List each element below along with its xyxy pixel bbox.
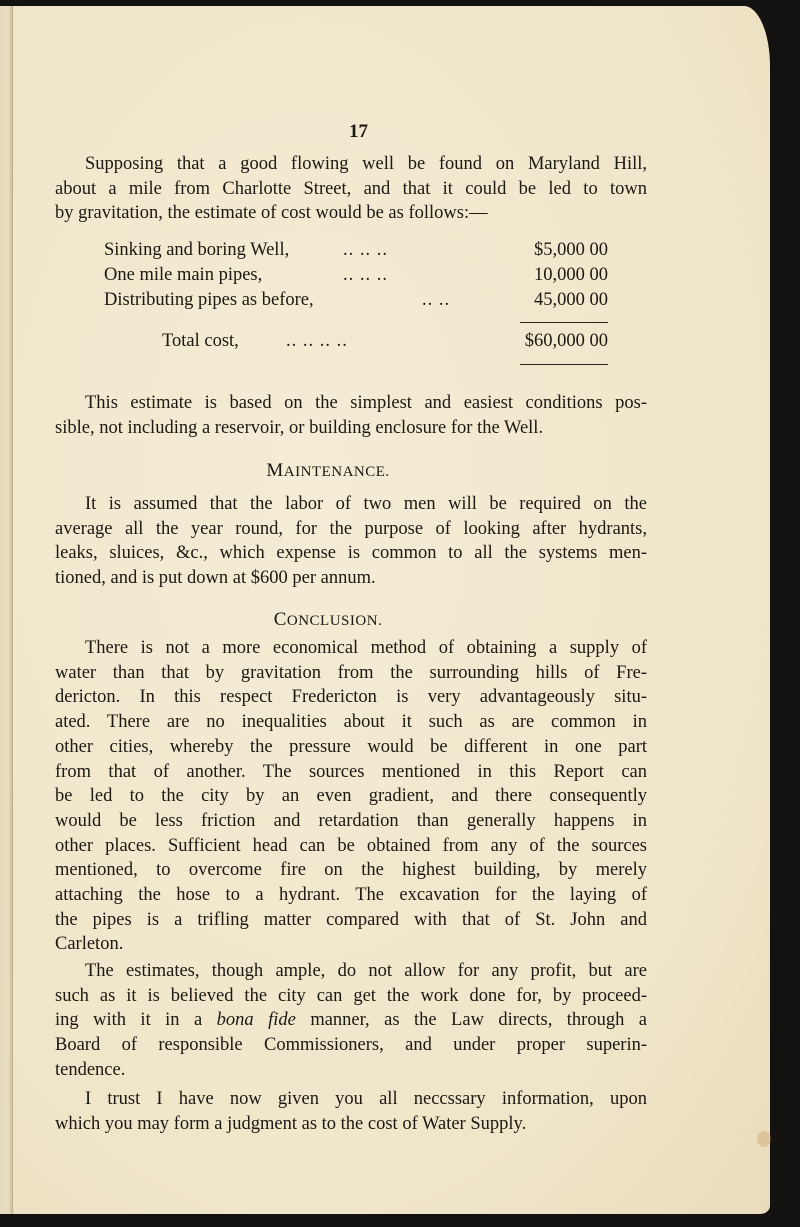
section-heading-maintenance: MAINTENANCE. — [0, 460, 656, 482]
total-label: Total cost, — [162, 331, 239, 352]
cost-estimate-table: Sinking and boring Well, .. .. .. $5,000… — [100, 240, 610, 356]
page-number: 17 — [349, 121, 368, 143]
leader-dots: .. .. .. — [343, 265, 388, 286]
total-row: Total cost, .. .. .. .. $60,000 00 — [100, 331, 610, 356]
maintenance-paragraph: It is assumed that the labor of two men … — [55, 492, 647, 591]
text-line: other cities, whereby the pressure would… — [55, 735, 647, 760]
text-line: It is assumed that the labor of two men … — [55, 492, 647, 517]
estimate-note-paragraph: This estimate is based on the simplest a… — [55, 391, 647, 440]
text-line: Supposing that a good flowing well be fo… — [55, 152, 647, 177]
text-line: about a mile from Charlotte Street, and … — [55, 177, 647, 202]
text-line: leaks, sluices, &c., which expense is co… — [55, 541, 647, 566]
cost-amount: 45,000 00 — [534, 290, 608, 311]
table-row: One mile main pipes, .. .. .. 10,000 00 — [100, 265, 610, 290]
text-line: ing with it in a bona fide manner, as th… — [55, 1008, 647, 1033]
text-line: the pipes is a trifling matter compared … — [55, 908, 647, 933]
text-line: water than that by gravitation from the … — [55, 661, 647, 686]
leader-dots: .. .. .. — [343, 240, 388, 261]
section-heading-conclusion: CONCLUSION. — [0, 609, 656, 631]
cost-amount: $5,000 00 — [534, 240, 608, 261]
table-row: Sinking and boring Well, .. .. .. $5,000… — [100, 240, 610, 265]
intro-paragraph: Supposing that a good flowing well be fo… — [55, 152, 647, 226]
text-line: mentioned, to overcome fire on the highe… — [55, 858, 647, 883]
cost-amount: 10,000 00 — [534, 265, 608, 286]
conclusion-paragraph-2: The estimates, though ample, do not allo… — [55, 959, 647, 1083]
text-line: attaching the hose to a hydrant. The exc… — [55, 883, 647, 908]
text-line: I trust I have now given you all neccssa… — [55, 1087, 647, 1112]
text-line: sible, not including a reservoir, or bui… — [55, 416, 647, 441]
text-line: other places. Sufficient head can be obt… — [55, 834, 647, 859]
text-line: tendence. — [55, 1058, 647, 1083]
text-line: Carleton. — [55, 932, 647, 957]
leader-dots: .. .. — [422, 290, 450, 311]
cost-label: Distributing pipes as before, — [104, 290, 314, 311]
text-line: There is not a more economical method of… — [55, 636, 647, 661]
text-line: The estimates, though ample, do not allo… — [55, 959, 647, 984]
text-line: which you may form a judgment as to the … — [55, 1112, 647, 1137]
text-line: dericton. In this respect Fredericton is… — [55, 685, 647, 710]
paper-stain — [757, 1131, 771, 1147]
text-line: would be less friction and retardation t… — [55, 809, 647, 834]
text-line: by gravitation, the estimate of cost wou… — [55, 201, 647, 226]
text-line: from that of another. The sources mentio… — [55, 760, 647, 785]
text-line: be led to the city by an even gradient, … — [55, 784, 647, 809]
text-line: average all the year round, for the purp… — [55, 517, 647, 542]
subtotal-rule — [520, 322, 608, 323]
leader-dots: .. .. .. .. — [286, 331, 348, 352]
text-line: tioned, and is put down at $600 per annu… — [55, 566, 647, 591]
conclusion-paragraph-1: There is not a more economical method of… — [55, 636, 647, 957]
cost-label: Sinking and boring Well, — [104, 240, 289, 261]
total-rule — [520, 364, 608, 365]
italic-phrase: bona fide — [217, 1010, 296, 1030]
cost-label: One mile main pipes, — [104, 265, 262, 286]
total-amount: $60,000 00 — [525, 331, 608, 352]
table-row: Distributing pipes as before, .. .. 45,0… — [100, 290, 610, 315]
text-line: Board of responsible Commissioners, and … — [55, 1033, 647, 1058]
text-line: ated. There are no inequalities about it… — [55, 710, 647, 735]
conclusion-paragraph-3: I trust I have now given you all neccssa… — [55, 1087, 647, 1136]
text-line: such as it is believed the city can get … — [55, 984, 647, 1009]
text-line: This estimate is based on the simplest a… — [55, 391, 647, 416]
document-page: 17 Supposing that a good flowing well be… — [0, 6, 770, 1214]
